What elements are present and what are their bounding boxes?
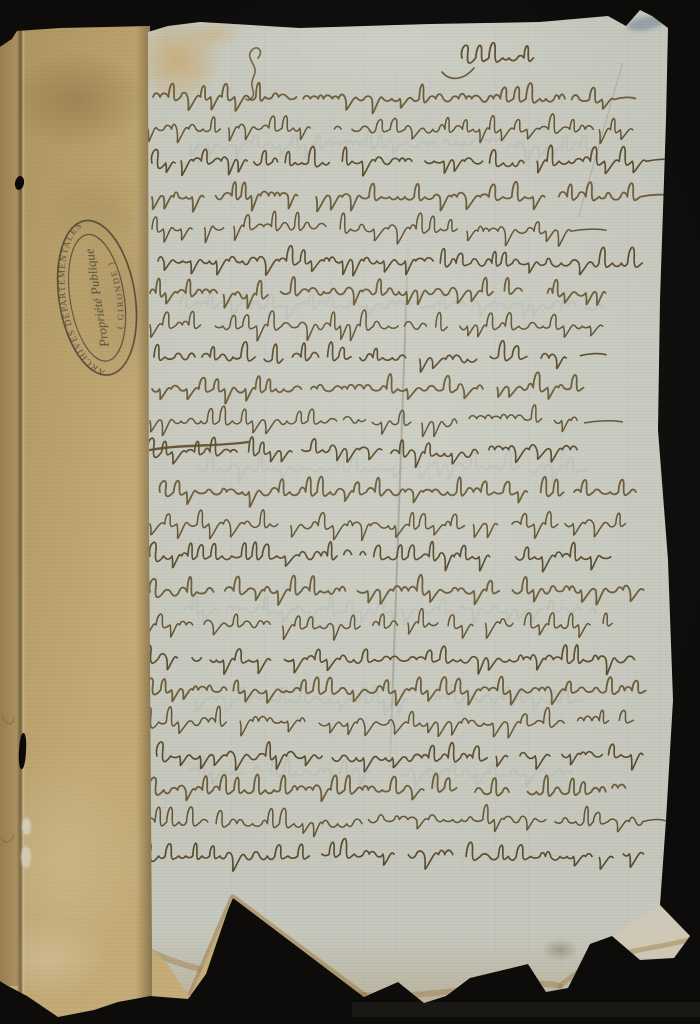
- handwritten-line: [152, 182, 674, 212]
- handwritten-line: [159, 477, 635, 507]
- handwritten-line: [156, 742, 642, 772]
- handwritten-line: [151, 145, 676, 176]
- handwritten-line: [146, 677, 645, 706]
- verso-ghost-line: [200, 451, 588, 483]
- handwritten-line: [144, 839, 643, 871]
- handwritten-line: [154, 341, 606, 372]
- photo-backdrop: ARCHIVES DÉPARTEMENTALES ( GIRONDE ) Pro…: [0, 0, 700, 1024]
- handwritten-line: [149, 575, 643, 605]
- handwritten-line: [147, 609, 612, 641]
- margin-flourish: [246, 48, 260, 100]
- backdrop-edge-band: [352, 1002, 700, 1017]
- handwritten-line: [144, 706, 633, 737]
- verso-ghost-line: [195, 684, 585, 715]
- handwritten-line: [148, 114, 633, 144]
- handwritten-line: [150, 510, 625, 541]
- handwritten-line: [149, 773, 625, 801]
- folio-mark-tail: [442, 68, 474, 78]
- handwritten-line: [147, 805, 665, 837]
- handwritten-line: [158, 246, 642, 276]
- verso-ghost-line: [190, 130, 595, 162]
- folio-mark: [461, 43, 533, 63]
- cover-ghost-stroke: [2, 716, 14, 724]
- tear-browning: [364, 984, 560, 996]
- handwritten-line: [149, 542, 610, 572]
- cover-ghost-stroke: [1, 836, 14, 842]
- handwritten-line: [152, 372, 583, 403]
- verso-ghost-line: [180, 291, 603, 319]
- handwritten-line: [153, 83, 635, 114]
- handwritten-line: [152, 211, 606, 246]
- handwritten-line: [150, 405, 622, 437]
- handwritten-line: [144, 645, 634, 675]
- tear-browning: [190, 898, 364, 997]
